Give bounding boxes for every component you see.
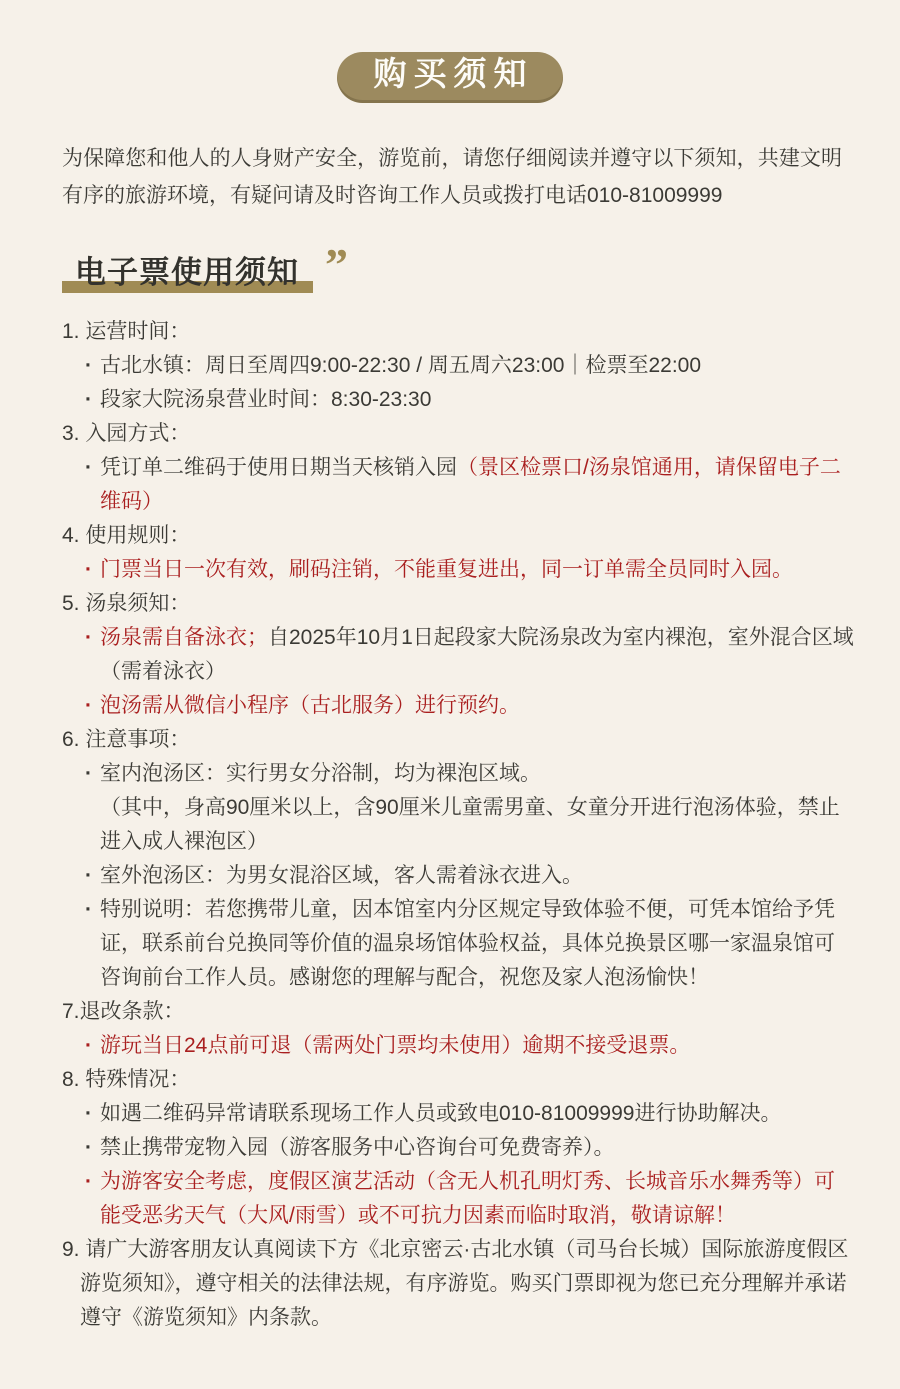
notice-list: 1. 运营时间：·古北水镇：周日至周四9:00-22:30 / 周五周六23:0… — [62, 315, 855, 1335]
purchase-notice-page: 购买须知 为保障您和他人的人身财产安全，游览前，请您仔细阅读并遵守以下须知，共建… — [0, 52, 900, 1389]
notice-item-label: 8. 特殊情况： — [62, 1063, 855, 1097]
page-title: 购买须知 — [367, 59, 534, 96]
notice-text-segment: 门票当日一次有效，刷码注销，不能重复进出，同一订单需全员同时入园。 — [100, 558, 793, 581]
bullet-dot-icon: · — [85, 383, 92, 417]
notice-item: 1. 运营时间：·古北水镇：周日至周四9:00-22:30 / 周五周六23:0… — [62, 315, 855, 417]
notice-sub-item: ·室外泡汤区：为男女混浴区域，客人需着泳衣进入。 — [62, 859, 855, 893]
bullet-dot-icon: · — [85, 893, 92, 927]
notice-item: 3. 入园方式：·凭订单二维码于使用日期当天核销入园（景区检票口/汤泉馆通用，请… — [62, 417, 855, 519]
notice-text-segment: 游玩当日24点前可退（需两处门票均未使用）逾期不接受退票。 — [100, 1034, 690, 1057]
bullet-dot-icon: · — [85, 757, 92, 791]
notice-item-label: 6. 注意事项： — [62, 723, 855, 757]
bullet-dot-icon: · — [85, 621, 92, 655]
notice-text-segment: 室内泡汤区：实行男女分浴制，均为裸泡区域。 — [100, 762, 541, 785]
notice-text-segment: 为游客安全考虑，度假区演艺活动（含无人机孔明灯秀、长城音乐水舞秀等）可能受恶劣天… — [100, 1170, 835, 1227]
bullet-dot-icon: · — [85, 451, 92, 485]
notice-sub-item: ·汤泉需自备泳衣；自2025年10月1日起段家大院汤泉改为室内裸泡，室外混合区域… — [62, 621, 855, 689]
notice-item-label: 1. 运营时间： — [62, 315, 855, 349]
notice-sub-item: ·特别说明：若您携带儿童，因本馆室内分区规定导致体验不便，可凭本馆给予凭证，联系… — [62, 893, 855, 995]
section-heading-wrap: 电子票使用须知 — [62, 254, 313, 292]
bullet-dot-icon: · — [85, 553, 92, 587]
bullet-dot-icon: · — [85, 349, 92, 383]
notice-sub-item: ·段家大院汤泉营业时间：8:30-23:30 — [62, 383, 855, 417]
notice-text-segment: 特别说明：若您携带儿童，因本馆室内分区规定导致体验不便，可凭本馆给予凭证，联系前… — [100, 898, 835, 989]
notice-text-segment: 室外泡汤区：为男女混浴区域，客人需着泳衣进入。 — [100, 864, 583, 887]
notice-sub-item: ·凭订单二维码于使用日期当天核销入园（景区检票口/汤泉馆通用，请保留电子二维码） — [62, 451, 855, 519]
section-heading: 电子票使用须知 — [75, 255, 299, 290]
notice-item-label: 4. 使用规则： — [62, 519, 855, 553]
bullet-dot-icon: · — [85, 1097, 92, 1131]
notice-sub-item: ·如遇二维码异常请联系现场工作人员或致电010-81009999进行协助解决。 — [62, 1097, 855, 1131]
notice-item: 5. 汤泉须知：·汤泉需自备泳衣；自2025年10月1日起段家大院汤泉改为室内裸… — [62, 587, 855, 723]
bullet-dot-icon: · — [85, 1029, 92, 1063]
notice-item-label: 7.退改条款： — [62, 995, 855, 1029]
notice-text-segment: （其中，身高90厘米以上，含90厘米儿童需男童、女童分开进行泡汤体验，禁止进入成… — [100, 796, 840, 853]
notice-text-segment: 禁止携带宠物入园（游客服务中心咨询台可免费寄养）。 — [100, 1136, 615, 1159]
notice-sub-item: ·古北水镇：周日至周四9:00-22:30 / 周五周六23:00｜检票至22:… — [62, 349, 855, 383]
notice-sub-item: ·门票当日一次有效，刷码注销，不能重复进出，同一订单需全员同时入园。 — [62, 553, 855, 587]
bullet-dot-icon: · — [85, 1165, 92, 1199]
intro-paragraph: 为保障您和他人的人身财产安全，游览前，请您仔细阅读并遵守以下须知，共建文明有序的… — [62, 140, 842, 214]
notice-sub-item: ·禁止携带宠物入园（游客服务中心咨询台可免费寄养）。 — [62, 1131, 855, 1165]
bullet-dot-icon: · — [85, 1131, 92, 1165]
notice-sub-item: ·室内泡汤区：实行男女分浴制，均为裸泡区域。（其中，身高90厘米以上，含90厘米… — [62, 757, 855, 859]
notice-text-segment: 古北水镇：周日至周四9:00-22:30 / 周五周六23:00｜检票至22:0… — [100, 354, 701, 377]
notice-sub-item: ·泡汤需从微信小程序（古北服务）进行预约。 — [62, 689, 855, 723]
notice-text-segment: 汤泉需自备泳衣； — [100, 626, 268, 649]
notice-item-label: 3. 入园方式： — [62, 417, 855, 451]
notice-item: 9. 请广大游客朋友认真阅读下方《北京密云·古北水镇（司马台长城）国际旅游度假区… — [62, 1233, 855, 1335]
notice-sub-item: ·为游客安全考虑，度假区演艺活动（含无人机孔明灯秀、长城音乐水舞秀等）可能受恶劣… — [62, 1165, 855, 1233]
notice-item: 4. 使用规则：·门票当日一次有效，刷码注销，不能重复进出，同一订单需全员同时入… — [62, 519, 855, 587]
notice-item-label: 5. 汤泉须知： — [62, 587, 855, 621]
bullet-dot-icon: · — [85, 689, 92, 723]
notice-text-segment: 凭订单二维码于使用日期当天核销入园 — [100, 456, 457, 479]
notice-item: 6. 注意事项：·室内泡汤区：实行男女分浴制，均为裸泡区域。（其中，身高90厘米… — [62, 723, 855, 995]
quote-mark-icon: ” — [325, 250, 348, 280]
page-title-badge: 购买须知 — [337, 52, 563, 103]
notice-item-label: 9. 请广大游客朋友认真阅读下方《北京密云·古北水镇（司马台长城）国际旅游度假区… — [62, 1233, 855, 1335]
bullet-dot-icon: · — [85, 859, 92, 893]
notice-text-segment: 如遇二维码异常请联系现场工作人员或致电010-81009999进行协助解决。 — [100, 1102, 781, 1125]
notice-item: 7.退改条款：·游玩当日24点前可退（需两处门票均未使用）逾期不接受退票。 — [62, 995, 855, 1063]
section-header: 电子票使用须知 ” — [62, 254, 900, 292]
notice-sub-item: ·游玩当日24点前可退（需两处门票均未使用）逾期不接受退票。 — [62, 1029, 855, 1063]
notice-text-segment: 段家大院汤泉营业时间：8:30-23:30 — [100, 388, 431, 411]
notice-text-segment: 泡汤需从微信小程序（古北服务）进行预约。 — [100, 694, 520, 717]
notice-item: 8. 特殊情况：·如遇二维码异常请联系现场工作人员或致电010-81009999… — [62, 1063, 855, 1233]
